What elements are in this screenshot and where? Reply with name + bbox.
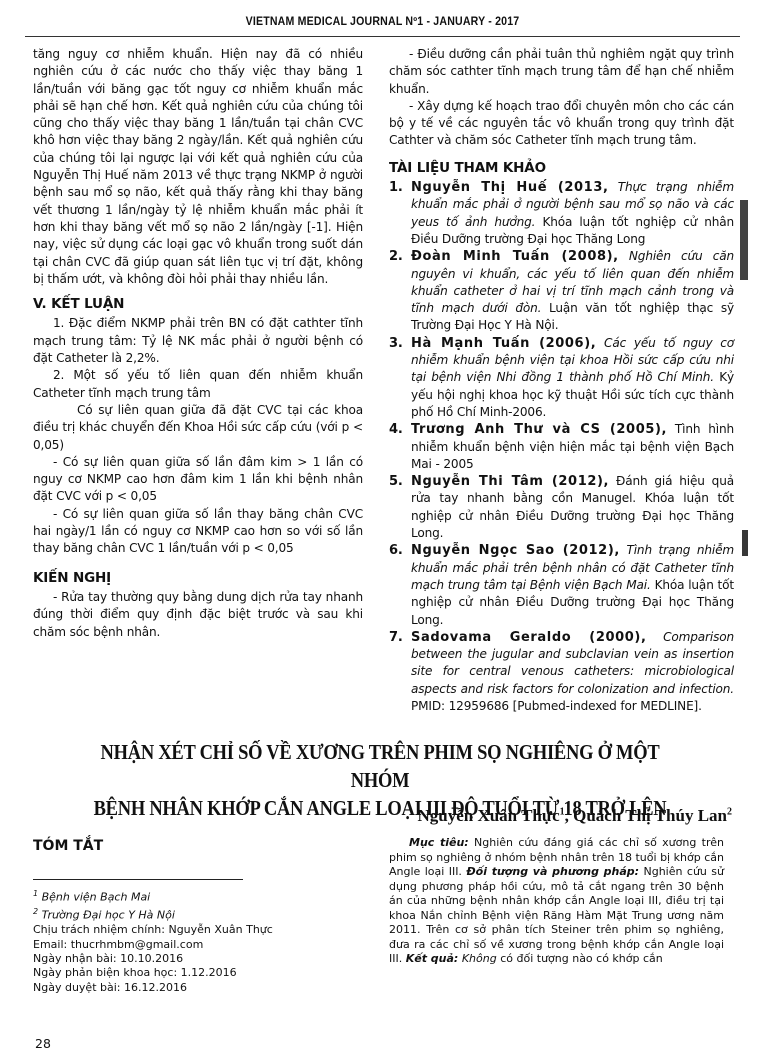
reference-author: Nguyễn Ngọc Sao (2012), xyxy=(411,543,620,558)
reference-author: Nguyễn Thi Tâm (2012), xyxy=(411,474,609,489)
reference-author: Trương Anh Thư và CS (2005), xyxy=(411,422,667,437)
journal-title: VIETNAM MEDICAL JOURNAL Nº1 - JANUARY - … xyxy=(54,16,712,28)
footnotes: 1 Bệnh viện Bạch Mai 2 Trường Đại học Y … xyxy=(33,887,363,995)
page-number: 28 xyxy=(35,1036,51,1051)
recommendation-item-2: - Điều dưỡng cần phải tuân thủ nghiêm ng… xyxy=(389,46,734,98)
author-list: Nguyễn Xuân Thực1, Quách Thị Thúy Lan2 xyxy=(417,806,732,826)
abstract-result-label: Kết quả: xyxy=(406,952,459,965)
conclusion-item-2a: Có sự liên quan giữa đã đặt CVC tại các … xyxy=(33,402,363,454)
conclusion-item-1: 1. Đặc điểm NKMP phải trên BN có đặt cat… xyxy=(33,315,363,367)
left-column: tăng nguy cơ nhiễm khuẩn. Hiện nay đã có… xyxy=(33,46,363,641)
conclusion-item-2b: - Có sự liên quan giữa số lần đâm kim > … xyxy=(33,454,363,506)
reference-item: 3. Hà Mạnh Tuấn (2006), Các yếu tố nguy … xyxy=(389,335,734,421)
reference-item: 7. Sadovama Geraldo (2000), Comparison b… xyxy=(389,629,734,715)
conclusion-heading: V. KẾT LUẬN xyxy=(33,296,363,313)
contact-email: Email: thucrhmbm@gmail.com xyxy=(33,938,363,952)
reference-source: PMID: 12959686 [Pubmed-indexed for MEDLI… xyxy=(411,699,702,713)
reference-item: 4. Trương Anh Thư và CS (2005), Tình hìn… xyxy=(389,421,734,473)
author-name: Quách Thị Thúy Lan xyxy=(573,806,727,825)
approved-date: Ngày duyệt bài: 16.12.2016 xyxy=(33,981,363,995)
abstract-result-text: có đối tượng nào có khớp cắn xyxy=(497,952,663,965)
scan-artifact xyxy=(740,200,748,280)
discussion-paragraph: tăng nguy cơ nhiễm khuẩn. Hiện nay đã có… xyxy=(33,46,363,288)
recommendation-item-1: - Rửa tay thường quy bằng dung dịch rửa … xyxy=(33,589,363,641)
scan-artifact xyxy=(742,530,748,556)
recommendation-heading: KIẾN NGHỊ xyxy=(33,570,363,587)
running-header: VIETNAM MEDICAL JOURNAL Nº1 - JANUARY - … xyxy=(25,10,740,37)
reference-list: 1. Nguyễn Thị Huế (2013, Thực trạng nhiễ… xyxy=(389,179,734,715)
author-name: Nguyễn Xuân Thực xyxy=(417,806,559,825)
abstract-method-text: Nghiên cứu sử dụng phương pháp hồi cứu, … xyxy=(389,865,724,965)
reviewed-date: Ngày phản biện khoa học: 1.12.2016 xyxy=(33,966,363,980)
affiliation-2: 2 Trường Đại học Y Hà Nội xyxy=(33,905,363,923)
received-date: Ngày nhận bài: 10.10.2016 xyxy=(33,952,363,966)
reference-item: 5. Nguyễn Thi Tâm (2012), Đánh giá hiệu … xyxy=(389,473,734,542)
abstract-method-label: Đối tượng và phương pháp: xyxy=(466,865,639,878)
abstract-body: Mục tiêu: Nghiên cứu đáng giá các chỉ số… xyxy=(389,836,724,967)
reference-author: Nguyễn Thị Huế (2013, xyxy=(411,180,609,195)
conclusion-item-2: 2. Một số yếu tố liên quan đến nhiễm khu… xyxy=(33,367,363,402)
abstract-heading: TÓM TẮT xyxy=(33,838,103,854)
reference-author: Sadovama Geraldo (2000), xyxy=(411,630,647,645)
reference-item: 2. Đoàn Minh Tuấn (2008), Nghiên cứu căn… xyxy=(389,248,734,334)
article-title-line-1: NHẬN XÉT CHỈ SỐ VỀ XƯƠNG TRÊN PHIM SỌ NG… xyxy=(79,738,681,794)
reference-author: Đoàn Minh Tuấn (2008), xyxy=(411,249,619,264)
reference-item: 6. Nguyễn Ngọc Sao (2012), Tình trạng nh… xyxy=(389,542,734,628)
recommendation-item-3: - Xây dựng kế hoạch trao đổi chuyên môn … xyxy=(389,98,734,150)
reference-author: Hà Mạnh Tuấn (2006), xyxy=(411,336,596,351)
affiliation-1: 1 Bệnh viện Bạch Mai xyxy=(33,887,363,905)
references-heading: TÀI LIỆU THAM KHẢO xyxy=(389,160,734,177)
responsible-author: Chịu trách nhiệm chính: Nguyễn Xuân Thực xyxy=(33,923,363,937)
right-column: - Điều dưỡng cần phải tuân thủ nghiêm ng… xyxy=(389,46,734,715)
reference-item: 1. Nguyễn Thị Huế (2013, Thực trạng nhiễ… xyxy=(389,179,734,248)
footnote-divider xyxy=(33,879,243,880)
abstract-objective-label: Mục tiêu: xyxy=(409,836,469,849)
conclusion-item-2c: - Có sự liên quan giữa số lần thay băng … xyxy=(33,506,363,558)
